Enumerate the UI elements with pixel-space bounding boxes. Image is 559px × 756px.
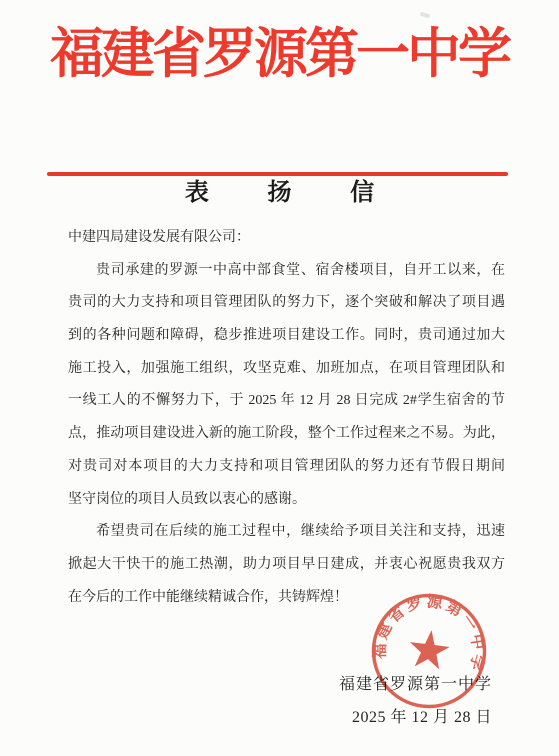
school-seal-stamp: 福建省罗源第一中学: [361, 583, 497, 719]
paragraph1-line-7: 对贵司对本项目的大力支持和项目管理团队的努力还有节假日期间: [68, 451, 505, 484]
commendation-letter-page: 福建省罗源第一中学 表 扬 信 中建四局建设发展有限公司： 贵司承建的罗源一中高…: [0, 0, 559, 756]
letter-body: 中建四局建设发展有限公司： 贵司承建的罗源一中高中部食堂、宿舍楼项目，自开工以来…: [68, 222, 505, 614]
scan-speck: [420, 12, 431, 19]
paragraph1-line-1: 贵司承建的罗源一中高中部食堂、宿舍楼项目，自开工以来，在: [68, 255, 505, 288]
paragraph1-line-5: 一线工人的不懈努力下，于 2025 年 12 月 28 日完成 2#学生宿舍的节: [68, 385, 505, 418]
star-icon: [407, 628, 451, 671]
letterhead-school-name: 福建省罗源第一中学: [0, 22, 559, 86]
letterhead-divider: [47, 172, 508, 176]
paragraph1-line-6: 点，推动项目建设进入新的施工阶段，整个工作过程来之不易。为此，: [68, 418, 505, 451]
paragraph2-line-2: 掀起大干快干的施工热潮，助力项目早日建成，并衷心祝愿贵我双方: [68, 549, 505, 582]
paragraph1-line-2: 贵司的大力支持和项目管理团队的努力下，逐个突破和解决了项目遇: [68, 287, 505, 320]
paragraph1-line-8: 坚守岗位的项目人员致以衷心的感谢。: [68, 484, 505, 517]
salutation: 中建四局建设发展有限公司：: [68, 222, 505, 255]
paragraph1-line-3: 到的各种问题和障碍，稳步推进项目建设工作。同时，贵司通过加大: [68, 320, 505, 353]
paragraph1-line-4: 施工投入，加强施工组织，攻坚克难、加班加点，在项目管理团队和: [68, 353, 505, 386]
paragraph2-line-1: 希望贵司在后续的施工过程中，继续给予项目关注和支持，迅速: [68, 516, 505, 549]
letter-title: 表 扬 信: [0, 177, 559, 209]
